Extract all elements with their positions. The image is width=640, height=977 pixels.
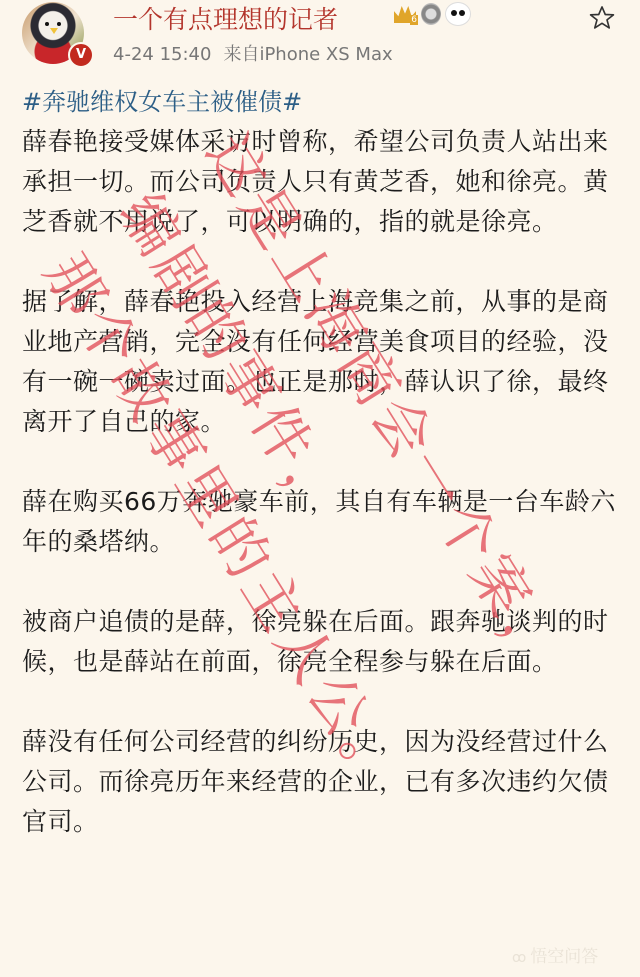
user-badges <box>393 2 471 26</box>
username[interactable]: 一个有点理想的记者 <box>113 0 338 36</box>
avatar-beak <box>50 28 58 34</box>
crown-level-icon[interactable] <box>393 3 417 25</box>
post-paragraph: 薛在购买66万奔驰豪车前，其自有车辆是一台车龄六年的桑塔纳。 <box>22 482 622 562</box>
avatar-eye <box>57 22 61 26</box>
post-meta: 4-24 15:40来自iPhone XS Max <box>113 40 393 66</box>
avatar-eye <box>45 22 49 26</box>
medal-icon[interactable] <box>421 3 441 25</box>
star-outline-icon[interactable] <box>588 4 616 32</box>
post-body: #奔驰维权女车主被催债# 薛春艳接受媒体采访时曾称，希望公司负责人站出来承担一切… <box>22 82 622 842</box>
hashtag-link[interactable]: #奔驰维权女车主被催债# <box>22 82 622 122</box>
verified-badge-icon: V <box>68 42 94 68</box>
watermark: ꝏ悟空问答 <box>512 942 598 967</box>
post-paragraph: 被商户追债的是薛，徐亮躲在后面。跟奔驰谈判的时候，也是薛站在前面，徐亮全程参与躲… <box>22 602 622 682</box>
panda-icon[interactable] <box>445 2 471 26</box>
post-paragraph: 薛春艳接受媒体采访时曾称，希望公司负责人站出来承担一切。而公司负责人只有黄芝香，… <box>22 122 622 242</box>
post-timestamp: 4-24 15:40 <box>113 44 211 65</box>
post-paragraph: 薛没有任何公司经营的纠纷历史，因为没经营过什么公司。而徐亮历年来经营的企业，已有… <box>22 722 622 842</box>
post-paragraph: 据了解，薛春艳投入经营上海竞集之前，从事的是商业地产营销，完全没有任何经营美食项… <box>22 282 622 442</box>
watermark-text: 悟空问答 <box>530 947 598 967</box>
post-header: V 一个有点理想的记者 4-24 15:40来自iPhone XS Max <box>0 0 640 80</box>
post-source: 来自iPhone XS Max <box>223 44 392 65</box>
wukong-logo-icon: ꝏ <box>512 950 526 966</box>
